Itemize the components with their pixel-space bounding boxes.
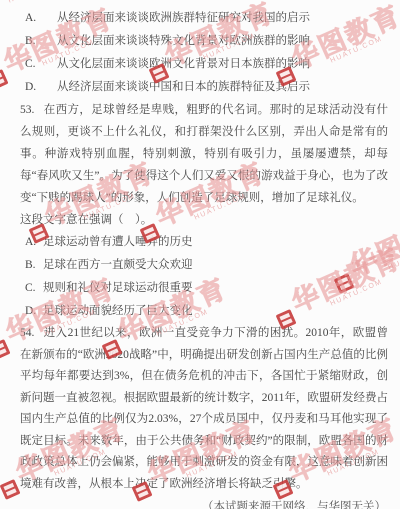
option-label: B. — [25, 254, 43, 277]
question-54-number: 54. — [20, 327, 43, 339]
option-label: A. — [25, 7, 57, 30]
option-text: 足球在西方一直颇受大众欢迎 — [43, 254, 193, 277]
option-text: 从经济层面来谈谈欧洲族群特征研究对我国的启示 — [57, 7, 310, 30]
question-53-number: 53. — [20, 104, 43, 116]
question-54-text: 进入21世纪以来，欧洲一直受竞争力下滑的困扰。2010年，欧盟曾在新颁布的“欧洲… — [20, 327, 388, 490]
option-text: 规则和礼仪对足球运动很重要 — [43, 277, 193, 300]
option-text: 足球运动曾有遭人唾弃的历史 — [43, 231, 193, 254]
footer-note: （本试题来源于网络，与华图无关） — [20, 497, 388, 509]
q53-option-row-a: A. 足球运动曾有遭人唾弃的历史 — [20, 231, 388, 254]
question-54-stem: 54.进入21世纪以来，欧洲一直受竞争力下滑的困扰。2010年，欧盟曾在新颁布的… — [20, 323, 388, 495]
prev-option-row-b: B. 从文化层面来谈谈特殊文化背景对欧洲族群的影响 — [20, 30, 388, 53]
prev-option-row-d: D. 从经济层面来谈谈中国和日本的族群特征及其启示 — [20, 76, 388, 99]
question-53-text: 在西方，足球曾经是卑贱，粗野的代名词。那时的足球活动没有什么规则，更谈不上什么礼… — [20, 104, 388, 204]
exam-content: A. 从经济层面来谈谈欧洲族群特征研究对我国的启示 B. 从文化层面来谈谈特殊文… — [0, 0, 400, 509]
question-53-stem: 53.在西方，足球曾经是卑贱，粗野的代名词。那时的足球活动没有什么规则，更谈不上… — [20, 99, 388, 209]
q53-option-row-c: C. 规则和礼仪对足球运动很重要 — [20, 277, 388, 300]
option-label: D. — [25, 300, 43, 323]
exam-page: A. 从经济层面来谈谈欧洲族群特征研究对我国的启示 B. 从文化层面来谈谈特殊文… — [0, 0, 400, 509]
option-label: C. — [25, 53, 57, 76]
q53-option-row-b: B. 足球在西方一直颇受大众欢迎 — [20, 254, 388, 277]
option-text: 足球运动面貌经历了巨大变化 — [43, 300, 193, 323]
option-text: 从文化层面来谈谈欧洲文化背景对日本族群的影响 — [57, 53, 310, 76]
option-label: D. — [25, 76, 57, 99]
option-label: B. — [25, 30, 57, 53]
option-label: A. — [25, 231, 43, 254]
prev-option-row-c: C. 从文化层面来谈谈欧洲文化背景对日本族群的影响 — [20, 53, 388, 76]
option-text: 从文化层面来谈谈特殊文化背景对欧洲族群的影响 — [57, 30, 310, 53]
prev-option-row-a: A. 从经济层面来谈谈欧洲族群特征研究对我国的启示 — [20, 7, 388, 30]
q53-option-row-d: D. 足球运动面貌经历了巨大变化 — [20, 300, 388, 323]
question-53-prompt: 这段文字意在强调（ ）。 — [20, 209, 388, 231]
option-text: 从经济层面来谈谈中国和日本的族群特征及其启示 — [57, 76, 310, 99]
option-label: C. — [25, 277, 43, 300]
